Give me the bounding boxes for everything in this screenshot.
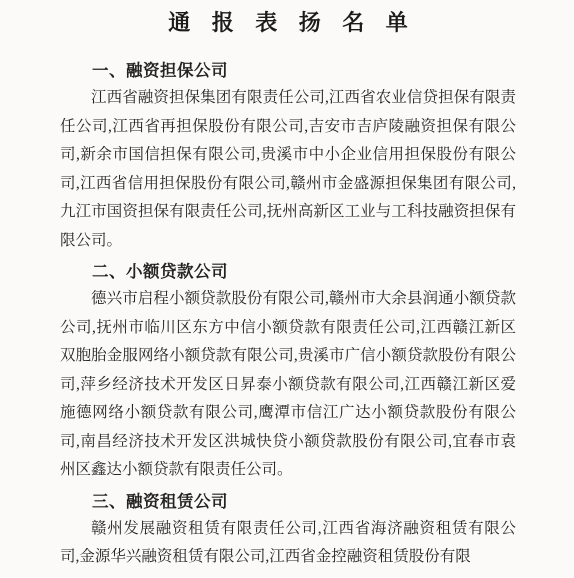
section-heading-micro-loan: 二、小额贷款公司: [60, 263, 516, 281]
section-body-financing-guarantee: 江西省融资担保集团有限责任公司,江西省农业信贷担保有限责任公司,江西省再担保股份…: [60, 84, 516, 255]
section-financing-guarantee: 一、融资担保公司 江西省融资担保集团有限责任公司,江西省农业信贷担保有限责任公司…: [60, 62, 516, 255]
section-financial-leasing: 三、融资租赁公司 赣州发展融资租赁有限责任公司,江西省海济融资租赁有限公司,金源…: [60, 493, 516, 572]
document-title: 通 报 表 扬 名 单: [60, 8, 524, 38]
section-body-micro-loan: 德兴市启程小额贷款股份有限公司,赣州市大余县润通小额贷款公司,抚州市临川区东方中…: [60, 285, 516, 485]
section-body-financial-leasing: 赣州发展融资租赁有限责任公司,江西省海济融资租赁有限公司,金源华兴融资租赁有限公…: [60, 515, 516, 572]
section-micro-loan: 二、小额贷款公司 德兴市启程小额贷款股份有限公司,赣州市大余县润通小额贷款公司,…: [60, 263, 516, 485]
section-heading-financing-guarantee: 一、融资担保公司: [60, 62, 516, 80]
section-heading-financial-leasing: 三、融资租赁公司: [60, 493, 516, 511]
document-page: 通 报 表 扬 名 单 一、融资担保公司 江西省融资担保集团有限责任公司,江西省…: [0, 0, 574, 578]
